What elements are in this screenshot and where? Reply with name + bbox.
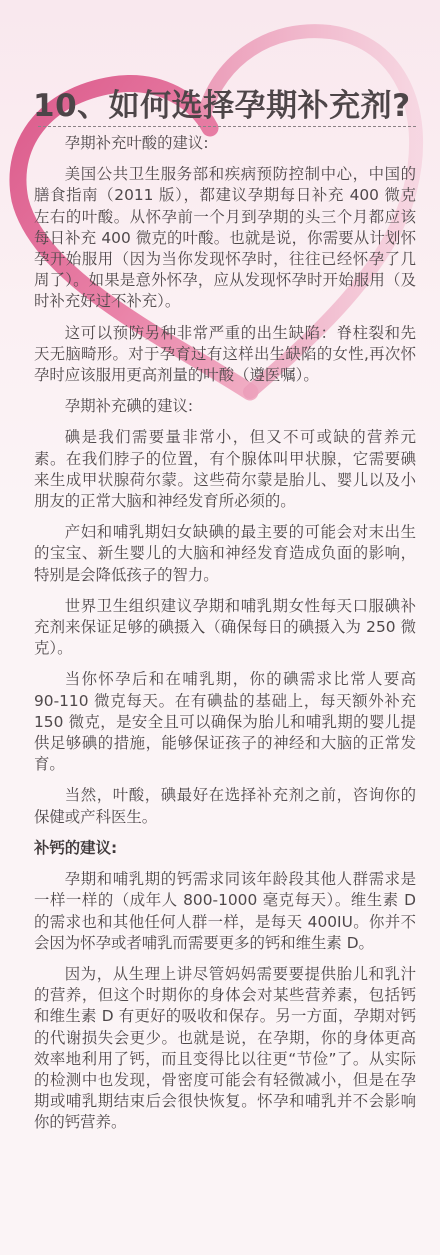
paragraph: 这可以预防另种非常严重的出生缺陷：脊柱裂和先天无脑畸形。对于孕育过有这样出生缺陷… (34, 323, 416, 387)
section-heading: 补钙的建议: (34, 838, 416, 859)
section-heading: 孕期补充碘的建议: (34, 396, 416, 417)
paragraph: 产妇和哺乳期妇女缺碘的最主要的可能会对末出生的宝宝、新生婴儿的大脑和神经发育造成… (34, 522, 416, 586)
paragraph: 美国公共卫生服务部和疾病预防控制中心，中国的膳食指南（2011 版），都建议孕期… (34, 164, 416, 312)
paragraph: 当然，叶酸，碘最好在选择补充剂之前，咨询你的保健或产科医生。 (34, 785, 416, 827)
paragraph: 碘是我们需要量非常小，但又不可或缺的营养元素。在我们脖子的位置，有个腺体叫甲状腺… (34, 427, 416, 512)
section-folic-acid: 孕期补充叶酸的建议: 美国公共卫生服务部和疾病预防控制中心，中国的膳食指南（20… (34, 133, 416, 386)
paragraph: 孕期和哺乳期的钙需求同该年龄段其他人群需求是一样一样的（成年人 800-1000… (34, 869, 416, 954)
paragraph: 世界卫生组织建议孕期和哺乳期女性每天口服碘补充剂来保证足够的碘摄入（确保每日的碘… (34, 596, 416, 660)
page-title: 10、如何选择孕期补充剂? (33, 80, 411, 125)
section-iodine: 孕期补充碘的建议: 碘是我们需要量非常小，但又不可或缺的营养元素。在我们脖子的位… (34, 396, 416, 828)
section-calcium: 补钙的建议: 孕期和哺乳期的钙需求同该年龄段其他人群需求是一样一样的（成年人 8… (34, 838, 416, 1134)
paragraph: 当你怀孕后和在哺乳期，你的碘需求比常人要高 90-110 微克每天。在有碘盐的基… (34, 669, 416, 775)
title-divider (38, 126, 416, 127)
paragraph: 因为，从生理上讲尽管妈妈需要要提供胎儿和乳汁的营养，但这个时期你的身体会对某些营… (34, 964, 416, 1134)
article-body: 孕期补充叶酸的建议: 美国公共卫生服务部和疾病预防控制中心，中国的膳食指南（20… (34, 133, 416, 1144)
section-heading: 孕期补充叶酸的建议: (34, 133, 416, 154)
